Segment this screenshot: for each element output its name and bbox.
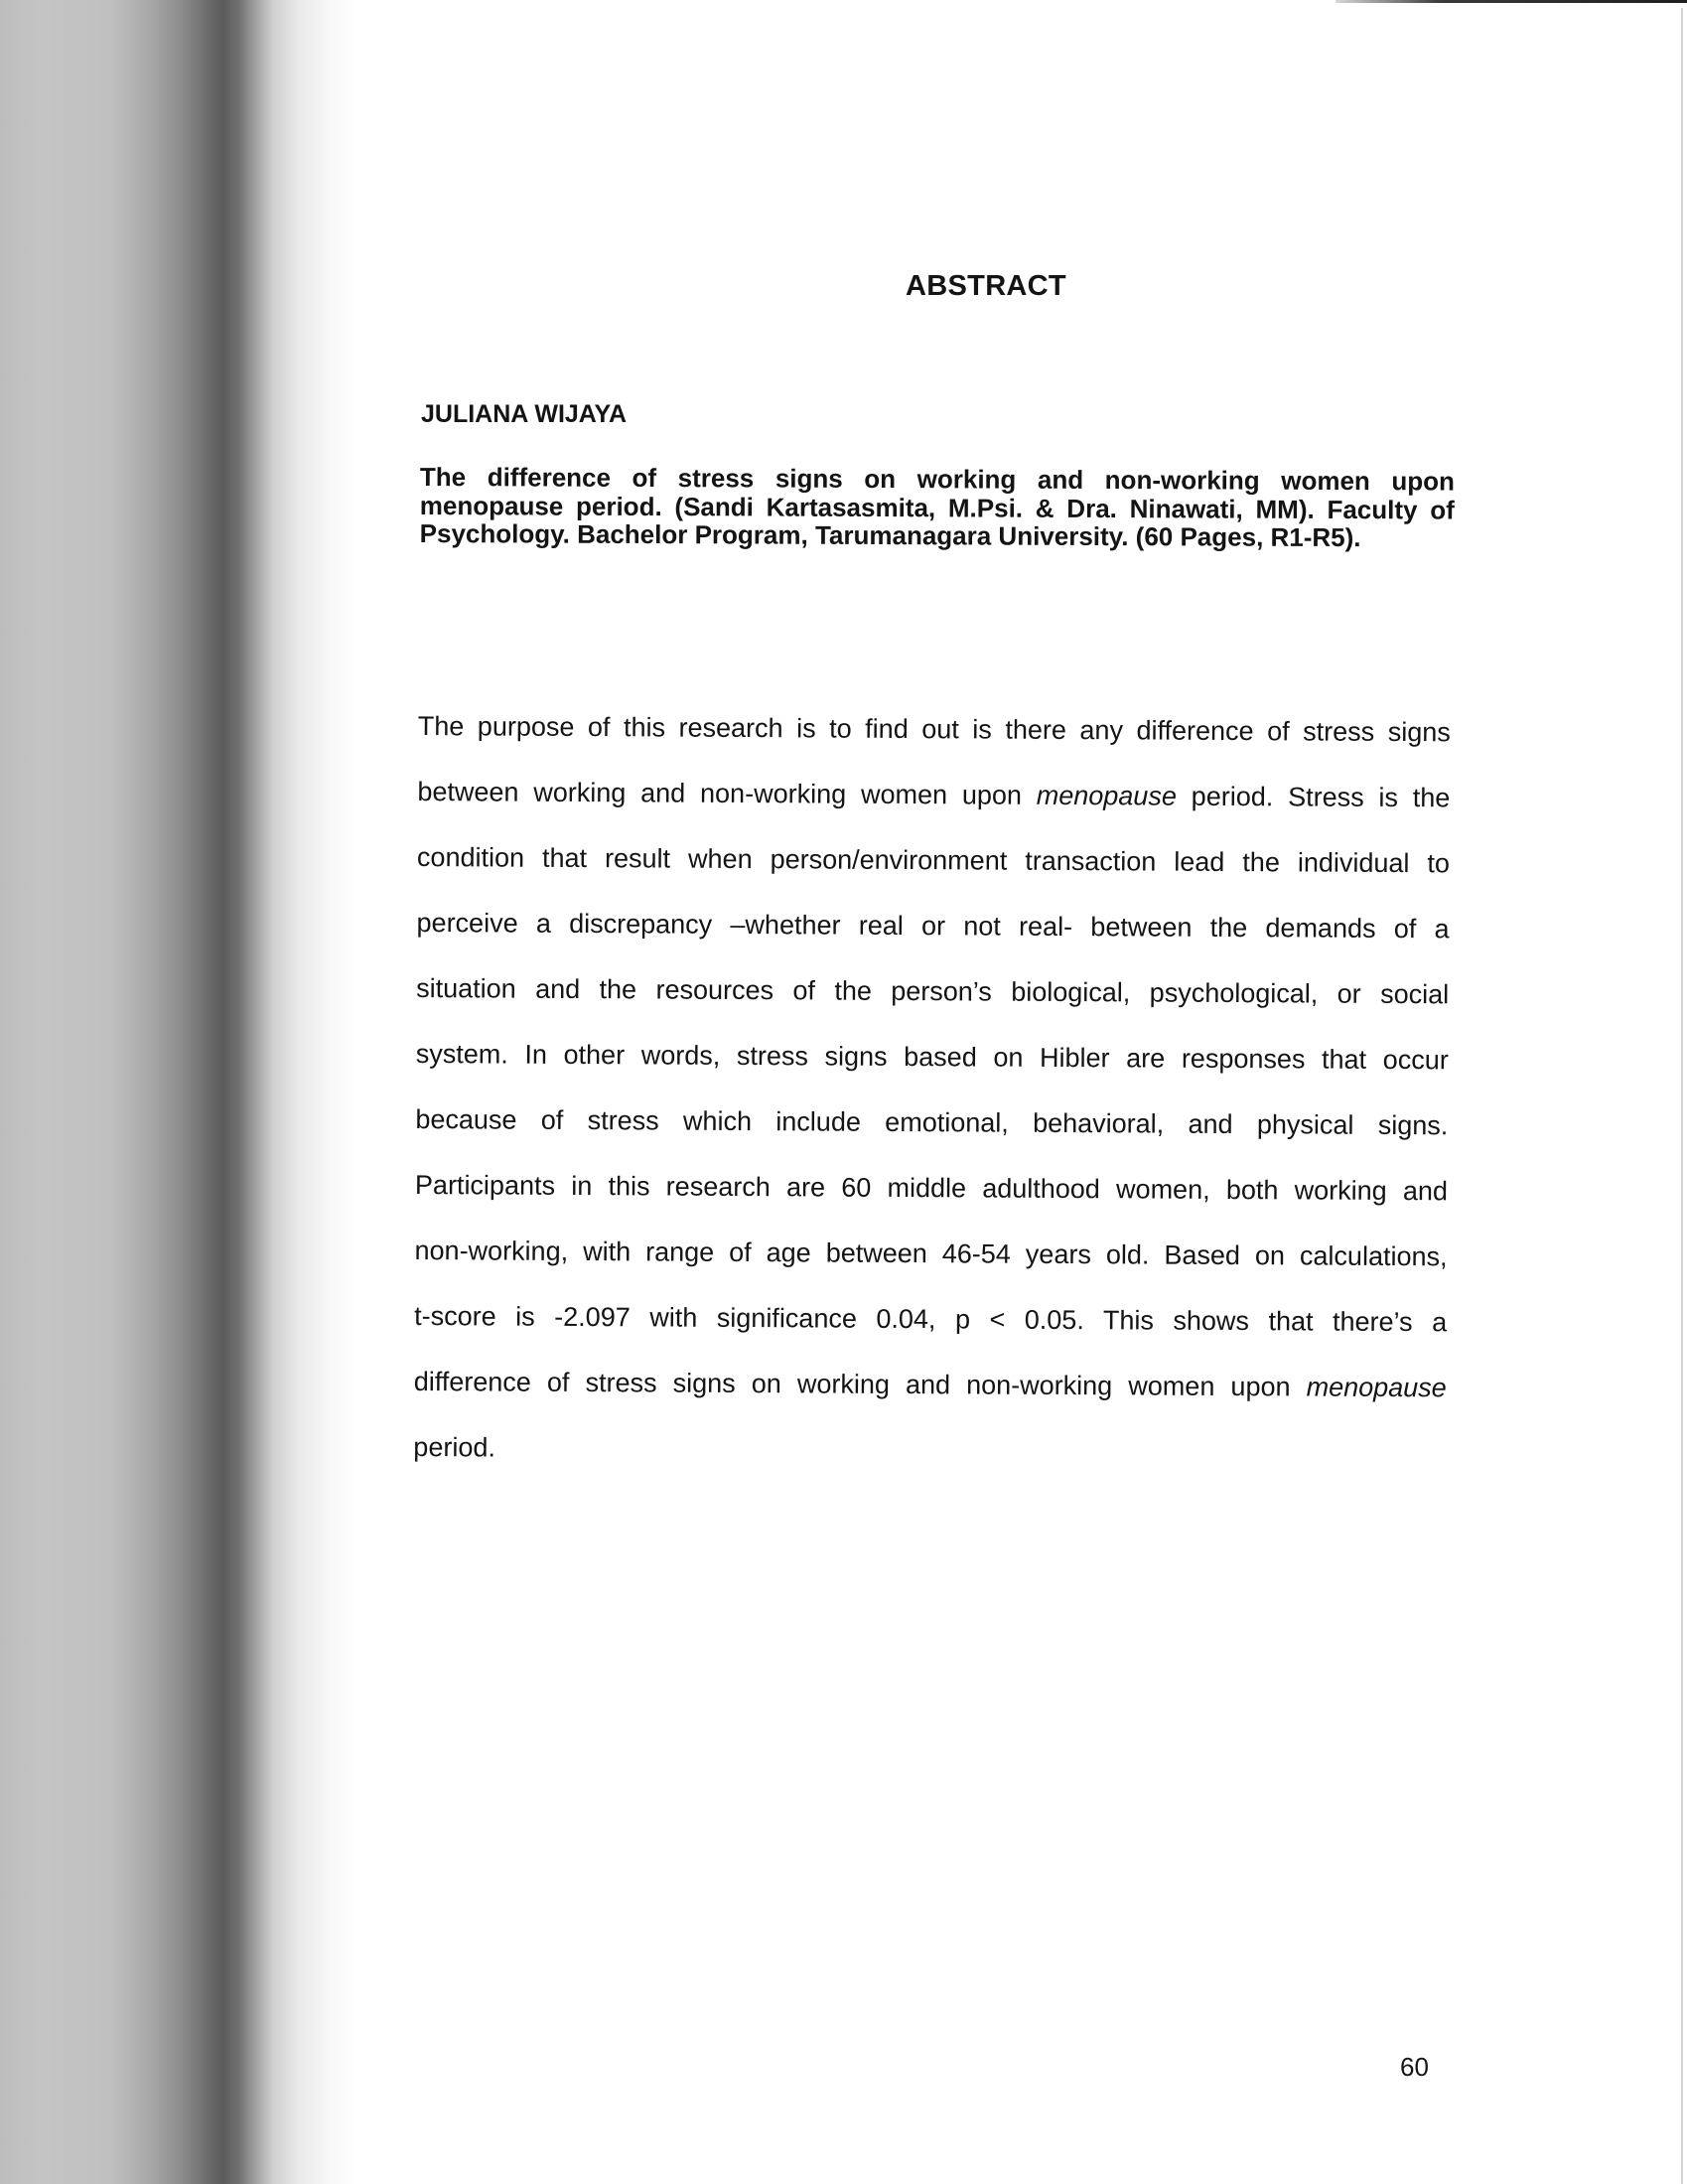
body-line: perceive a discrepancy –whether real or …	[416, 890, 1449, 961]
document-page: ABSTRACT JULIANA WIJAYA The difference o…	[0, 0, 1687, 2184]
body-line: t-score is -2.097 with significance 0.04…	[414, 1283, 1447, 1355]
body-line: non-working, with range of age between 4…	[414, 1218, 1447, 1289]
body-line: period.	[413, 1414, 1446, 1486]
italic-term: menopause	[1307, 1372, 1447, 1402]
body-line: system. In other words, stress signs bas…	[416, 1021, 1449, 1092]
body-line: condition that result when person/enviro…	[417, 824, 1450, 896]
italic-term: menopause	[1037, 781, 1177, 811]
body-line: situation and the resources of the perso…	[416, 955, 1449, 1027]
page-number: 60	[1400, 2052, 1429, 2083]
body-line: The purpose of this research is to find …	[418, 693, 1451, 765]
abstract-heading: ABSTRACT	[874, 270, 1098, 303]
body-line: because of stress which include emotiona…	[415, 1087, 1448, 1158]
abstract-body: The purpose of this research is to find …	[413, 693, 1451, 1486]
body-line: Participants in this research are 60 mid…	[415, 1152, 1448, 1224]
body-line: between working and non-working women up…	[417, 759, 1450, 830]
body-line: difference of stress signs on working an…	[414, 1349, 1447, 1420]
author-name: JULIANA WIJAYA	[421, 400, 627, 429]
thesis-title-block: The difference of stress signs on workin…	[420, 463, 1455, 552]
